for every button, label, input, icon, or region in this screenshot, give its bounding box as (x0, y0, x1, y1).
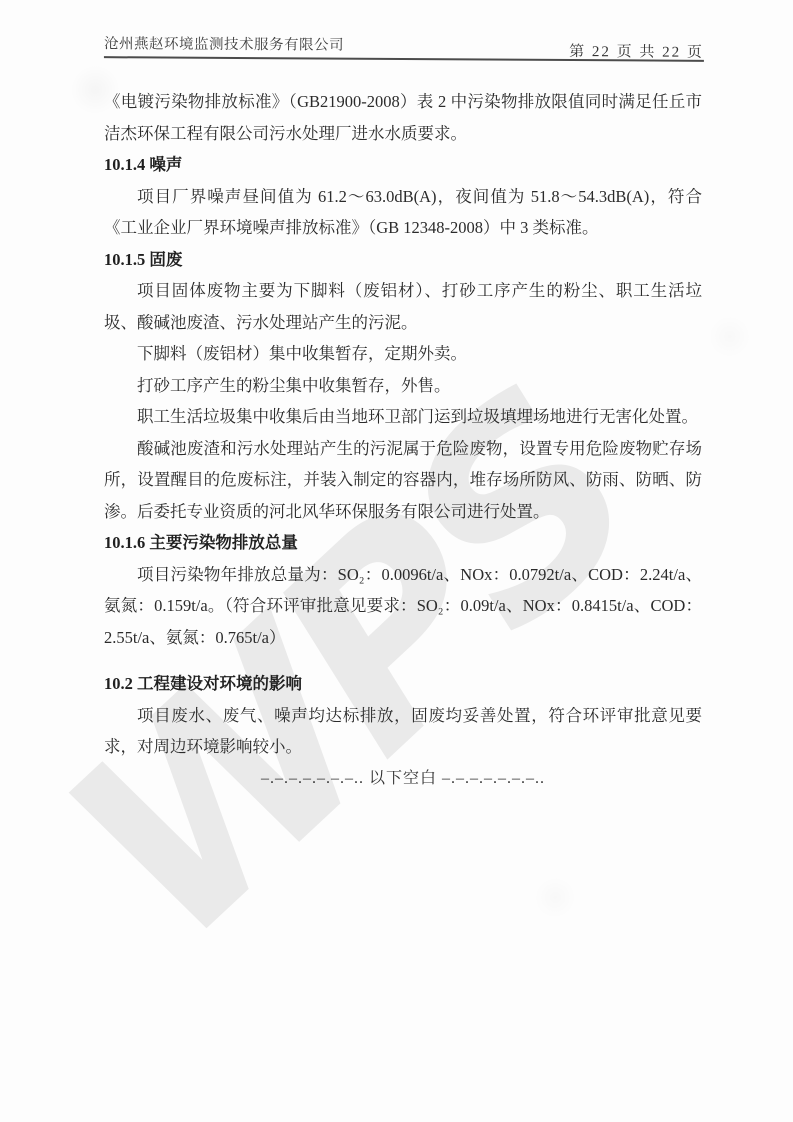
paragraph-sanding-dust: 打砂工序产生的粉尘集中收集暂存，外售。 (104, 370, 702, 402)
below-blank-marker: –.–.–.–.–.–.–.. 以下空白 –.–.–.–.–.–.–.. (104, 763, 702, 795)
paragraph-plating-standard-intro: 《电镀污染物排放标准》（GB21900-2008）表 2 中污染物排放限值同时满… (104, 86, 702, 149)
paragraph-noise-levels: 项目厂界噪声昼间值为 61.2～63.0dB(A)，夜间值为 51.8～54.3… (104, 181, 702, 244)
page-header: 沧州燕赵环境监测技术服务有限公司 第 22 页 共 22 页 (104, 32, 704, 62)
paragraph-scrap-aluminum: 下脚料（废铝材）集中收集暂存，定期外卖。 (104, 338, 702, 370)
heading-10-1-4-noise: 10.1.4 噪声 (104, 149, 702, 181)
header-page-indicator: 第 22 页 共 22 页 (569, 40, 704, 62)
paragraph-emission-totals: 项目污染物年排放总量为：SO₂：0.0096t/a、NOx：0.0792t/a、… (104, 559, 702, 654)
header-company-name: 沧州燕赵环境监测技术服务有限公司 (104, 32, 344, 54)
heading-10-2-environment-impact: 10.2 工程建设对环境的影响 (104, 668, 702, 700)
paragraph-hazardous-waste: 酸碱池废渣和污水处理站产生的污泥属于危险废物，设置专用危险废物贮存场所，设置醒目… (104, 433, 702, 528)
paragraph-domestic-garbage: 职工生活垃圾集中收集后由当地环卫部门运到垃圾填埋场地进行无害化处置。 (104, 401, 702, 433)
document-page: WPS 沧州燕赵环境监测技术服务有限公司 第 22 页 共 22 页 《电镀污染… (0, 0, 793, 1122)
heading-10-1-6-emission-totals: 10.1.6 主要污染物排放总量 (104, 527, 702, 559)
paragraph-solid-waste-overview: 项目固体废物主要为下脚料（废铝材）、打砂工序产生的粉尘、职工生活垃圾、酸碱池废渣… (104, 275, 702, 338)
paragraph-impact-summary: 项目废水、废气、噪声均达标排放，固废均妥善处置，符合环评审批意见要求，对周边环境… (104, 700, 702, 763)
heading-10-1-5-solid-waste: 10.1.5 固废 (104, 244, 702, 276)
document-body: 《电镀污染物排放标准》（GB21900-2008）表 2 中污染物排放限值同时满… (104, 62, 702, 794)
